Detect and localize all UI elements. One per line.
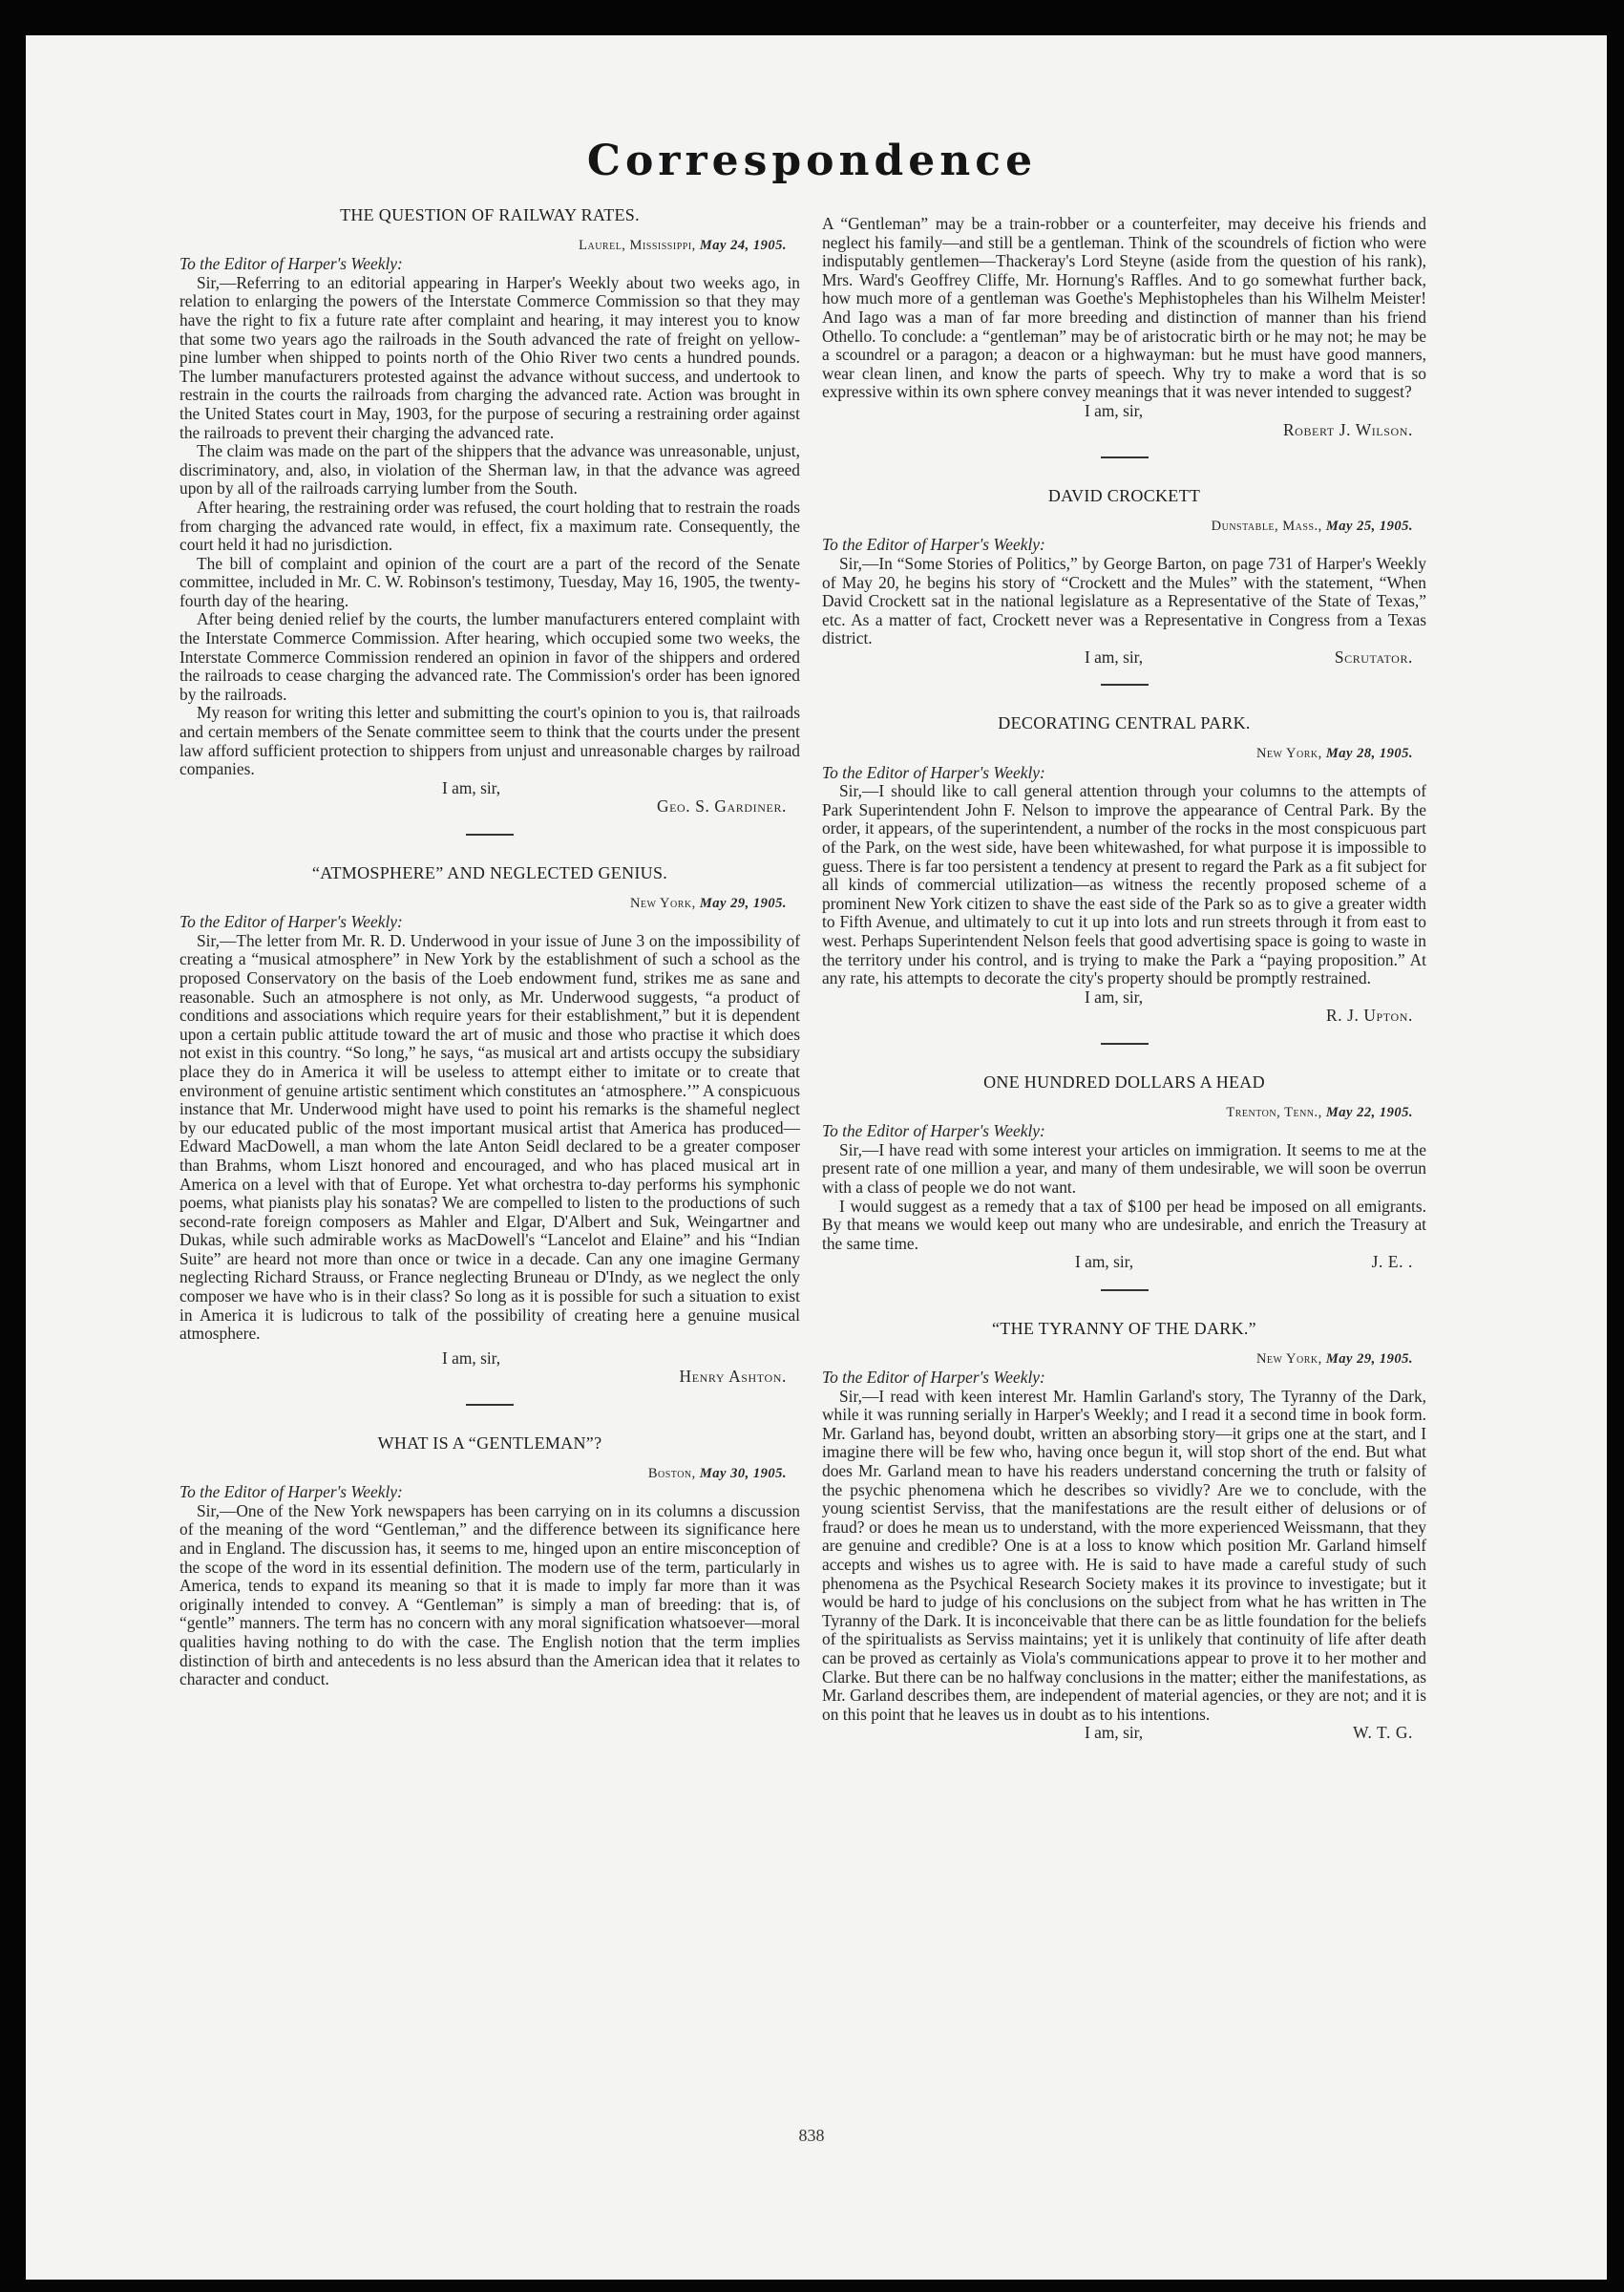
dateline: New York, May 28, 1905.	[822, 745, 1413, 764]
dateline: New York, May 29, 1905.	[179, 895, 787, 914]
signature: Geo. S. Gardiner.	[179, 797, 787, 817]
divider-rule	[466, 834, 514, 836]
paragraph: A “Gentleman” may be a train-robber or a…	[822, 215, 1426, 402]
letter-heading: ONE HUNDRED DOLLARS A HEAD	[822, 1073, 1426, 1093]
paragraph: Sir,—Referring to an editorial appearing…	[179, 274, 800, 442]
paragraph: Sir,—One of the New York newspapers has …	[179, 1502, 800, 1689]
paragraph: Sir,—The letter from Mr. R. D. Underwood…	[179, 932, 800, 1344]
paragraph: Sir,—I should like to call general atten…	[822, 782, 1426, 988]
closing-line: I am, sir, J. E. .	[822, 1253, 1426, 1272]
divider-rule	[1101, 456, 1149, 458]
salutation: To the Editor of Harper's Weekly:	[179, 255, 800, 274]
salutation: To the Editor of Harper's Weekly:	[822, 1369, 1426, 1388]
page-title: Correspondence	[0, 137, 1624, 185]
paragraph: After hearing, the restraining order was…	[179, 499, 800, 555]
page-number: 838	[783, 2126, 840, 2146]
closing-line: I am, sir, W. T. G.	[822, 1724, 1426, 1743]
divider-rule	[1101, 684, 1149, 686]
letter-central-park: DECORATING CENTRAL PARK. New York, May 2…	[822, 714, 1426, 1045]
letter-heading: DECORATING CENTRAL PARK.	[822, 714, 1426, 733]
paragraph: I would suggest as a remedy that a tax o…	[822, 1198, 1426, 1254]
divider-rule	[1101, 1043, 1149, 1045]
letter-heading: THE QUESTION OF RAILWAY RATES.	[179, 206, 800, 225]
closing: I am, sir,	[179, 1349, 800, 1369]
letter-heading: “ATMOSPHERE” AND NEGLECTED GENIUS.	[179, 864, 800, 883]
paragraph: Sir,—I have read with some interest your…	[822, 1141, 1426, 1198]
signature: J. E. .	[1372, 1253, 1413, 1272]
paragraph: My reason for writing this letter and su…	[179, 704, 800, 778]
closing: I am, sir,	[179, 779, 800, 798]
paragraph: Sir,—In “Some Stories of Politics,” by G…	[822, 555, 1426, 648]
signature: W. T. G.	[1353, 1724, 1413, 1743]
divider-rule	[466, 1404, 514, 1406]
signature: R. J. Upton.	[822, 1007, 1413, 1026]
letter-tyranny-of-the-dark: “THE TYRANNY OF THE DARK.” New York, May…	[822, 1320, 1426, 1743]
closing-line: I am, sir, Scrutator.	[822, 648, 1426, 668]
dateline: Boston, May 30, 1905.	[179, 1465, 787, 1484]
closing: I am, sir,	[822, 402, 1426, 421]
letter-heading: WHAT IS A “GENTLEMAN”?	[179, 1434, 800, 1454]
paragraph: The bill of complaint and opinion of the…	[179, 555, 800, 611]
dateline: Dunstable, Mass., May 25, 1905.	[822, 518, 1413, 537]
closing: I am, sir,	[822, 1724, 1143, 1743]
letter-hundred-dollars: ONE HUNDRED DOLLARS A HEAD Trenton, Tenn…	[822, 1073, 1426, 1291]
paragraph: Sir,—I read with keen interest Mr. Hamli…	[822, 1388, 1426, 1725]
closing: I am, sir,	[822, 1253, 1133, 1272]
letter-heading: DAVID CROCKETT	[822, 487, 1426, 506]
left-column: THE QUESTION OF RAILWAY RATES. Laurel, M…	[179, 206, 800, 1689]
signature: Scrutator.	[1335, 648, 1413, 668]
salutation: To the Editor of Harper's Weekly:	[822, 536, 1426, 555]
letter-atmosphere: “ATMOSPHERE” AND NEGLECTED GENIUS. New Y…	[179, 864, 800, 1406]
dateline: Laurel, Mississippi, May 24, 1905.	[179, 237, 787, 256]
closing: I am, sir,	[822, 648, 1143, 668]
salutation: To the Editor of Harper's Weekly:	[822, 764, 1426, 783]
signature: Henry Ashton.	[179, 1368, 787, 1387]
paragraph: The claim was made on the part of the sh…	[179, 442, 800, 499]
right-column: A “Gentleman” may be a train-robber or a…	[822, 215, 1426, 1743]
divider-rule	[1101, 1289, 1149, 1291]
salutation: To the Editor of Harper's Weekly:	[822, 1122, 1426, 1141]
paragraph: After being denied relief by the courts,…	[179, 610, 800, 704]
letter-gentleman-continued: A “Gentleman” may be a train-robber or a…	[822, 215, 1426, 458]
letter-david-crockett: DAVID CROCKETT Dunstable, Mass., May 25,…	[822, 487, 1426, 686]
salutation: To the Editor of Harper's Weekly:	[179, 913, 800, 932]
closing: I am, sir,	[822, 988, 1426, 1008]
salutation: To the Editor of Harper's Weekly:	[179, 1483, 800, 1502]
letter-heading: “THE TYRANNY OF THE DARK.”	[822, 1320, 1426, 1339]
letter-gentleman: WHAT IS A “GENTLEMAN”? Boston, May 30, 1…	[179, 1434, 800, 1689]
letter-railway-rates: THE QUESTION OF RAILWAY RATES. Laurel, M…	[179, 206, 800, 836]
dateline: Trenton, Tenn., May 22, 1905.	[822, 1104, 1413, 1123]
dateline: New York, May 29, 1905.	[822, 1350, 1413, 1369]
signature: Robert J. Wilson.	[822, 421, 1413, 440]
